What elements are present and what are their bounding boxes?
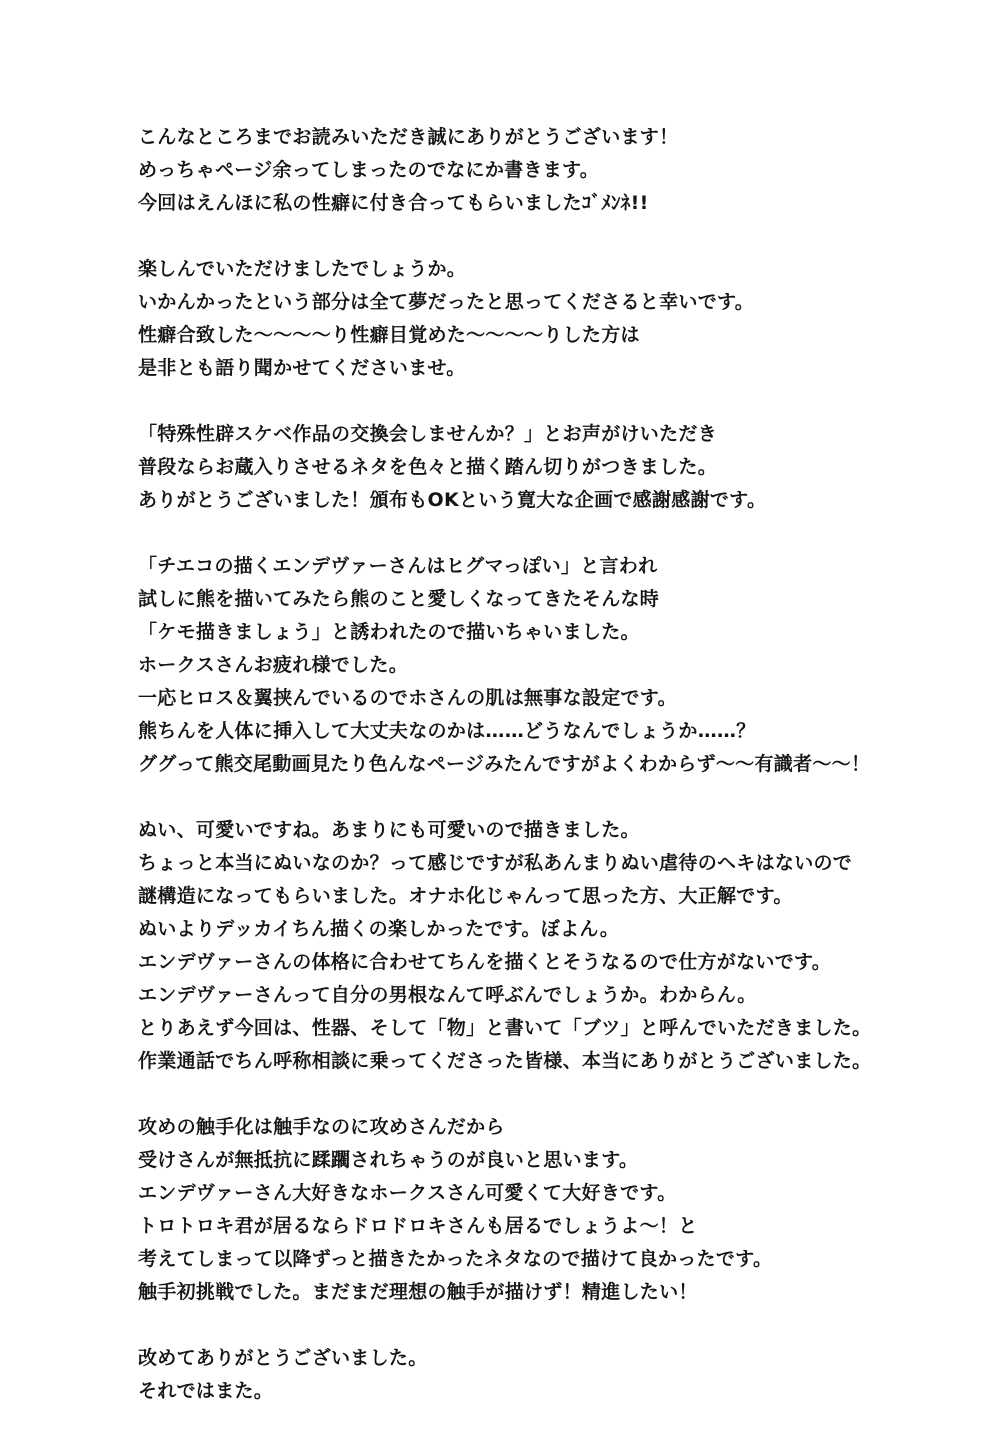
text-line: 是非とも語り聞かせてくださいませ。 — [138, 352, 938, 385]
paragraph-nui: ぬい、可愛いですね。あまりにも可愛いので描きました。 ちょっと本当にぬいなのか？… — [138, 814, 938, 1078]
text-line: ありがとうございました！頒布もOKという寛大な企画で感謝感謝です。 — [138, 484, 938, 517]
text-line: それではまた。 — [138, 1375, 938, 1408]
text-line: 「ケモ描きましょう」と誘われたので描いちゃいました。 — [138, 616, 938, 649]
text-line: 「チエコの描くエンデヴァーさんはヒグマっぽい」と言われ — [138, 550, 938, 583]
text-line: 改めてありがとうございました。 — [138, 1342, 938, 1375]
text-line: 作業通話でちん呼称相談に乗ってくださった皆様、本当にありがとうございました。 — [138, 1045, 938, 1078]
text-line: いかんかったという部分は全て夢だったと思ってくださると幸いです。 — [138, 286, 938, 319]
text-line: ちょっと本当にぬいなのか？って感じですが私あんまりぬい虐待のヘキはないので — [138, 847, 938, 880]
text-line: エンデヴァーさんって自分の男根なんて呼ぶんでしょうか。わからん。 — [138, 979, 938, 1012]
text-line: めっちゃページ余ってしまったのでなにか書きます。 — [138, 154, 938, 187]
text-line: 攻めの触手化は触手なのに攻めさんだから — [138, 1111, 938, 1144]
paragraph-exchange-event: 「特殊性辟スケベ作品の交換会しませんか？」とお声がけいただき 普段ならお蔵入りさ… — [138, 418, 938, 517]
text-line: 普段ならお蔵入りさせるネタを色々と描く踏ん切りがつきました。 — [138, 451, 938, 484]
text-line: 一応ヒロス＆翼挟んでいるのでホさんの肌は無事な設定です。 — [138, 682, 938, 715]
text-line: 楽しんでいただけましたでしょうか。 — [138, 253, 938, 286]
text-line: ホークスさんお疲れ様でした。 — [138, 649, 938, 682]
text-line: 考えてしまって以降ずっと描きたかったネタなので描けて良かったです。 — [138, 1243, 938, 1276]
paragraph-tentacle: 攻めの触手化は触手なのに攻めさんだから 受けさんが無抵抗に蹂躙されちゃうのが良い… — [138, 1111, 938, 1309]
text-line: 今回はえんほに私の性癖に付き合ってもらいましたｺﾞﾒﾝﾈ!! — [138, 187, 938, 220]
afterword-page: こんなところまでお読みいただき誠にありがとうございます！ めっちゃページ余ってし… — [138, 121, 938, 1441]
text-line: 試しに熊を描いてみたら熊のこと愛しくなってきたそんな時 — [138, 583, 938, 616]
text-line: 「特殊性辟スケベ作品の交換会しませんか？」とお声がけいただき — [138, 418, 938, 451]
paragraph-enjoyed: 楽しんでいただけましたでしょうか。 いかんかったという部分は全て夢だったと思って… — [138, 253, 938, 385]
text-line: 謎構造になってもらいました。オナホ化じゃんって思った方、大正解です。 — [138, 880, 938, 913]
text-line: 性癖合致した～～～～り性癖目覚めた～～～～りした方は — [138, 319, 938, 352]
text-line: 受けさんが無抵抗に蹂躙されちゃうのが良いと思います。 — [138, 1144, 938, 1177]
text-line: ググって熊交尾動画見たり色んなページみたんですがよくわからず～～有識者～～！ — [138, 748, 938, 781]
text-line: とりあえず今回は、性器、そして「物」と書いて「ブツ」と呼んでいただきました。 — [138, 1012, 938, 1045]
text-line: エンデヴァーさん大好きなホークスさん可愛くて大好きです。 — [138, 1177, 938, 1210]
text-line: こんなところまでお読みいただき誠にありがとうございます！ — [138, 121, 938, 154]
paragraph-bear: 「チエコの描くエンデヴァーさんはヒグマっぽい」と言われ 試しに熊を描いてみたら熊… — [138, 550, 938, 781]
text-line: トロトロキ君が居るならドロドロキさんも居るでしょうよ～！と — [138, 1210, 938, 1243]
paragraph-closing: 改めてありがとうございました。 それではまた。 — [138, 1342, 938, 1408]
text-line: 触手初挑戦でした。まだまだ理想の触手が描けず！精進したい！ — [138, 1276, 938, 1309]
text-line: エンデヴァーさんの体格に合わせてちんを描くとそうなるので仕方がないです。 — [138, 946, 938, 979]
text-line: ぬい、可愛いですね。あまりにも可愛いので描きました。 — [138, 814, 938, 847]
paragraph-greeting: こんなところまでお読みいただき誠にありがとうございます！ めっちゃページ余ってし… — [138, 121, 938, 220]
text-line: 熊ちんを人体に挿入して大丈夫なのかは……どうなんでしょうか……？ — [138, 715, 938, 748]
text-line: ぬいよりデッカイちん描くの楽しかったです。ぼよん。 — [138, 913, 938, 946]
